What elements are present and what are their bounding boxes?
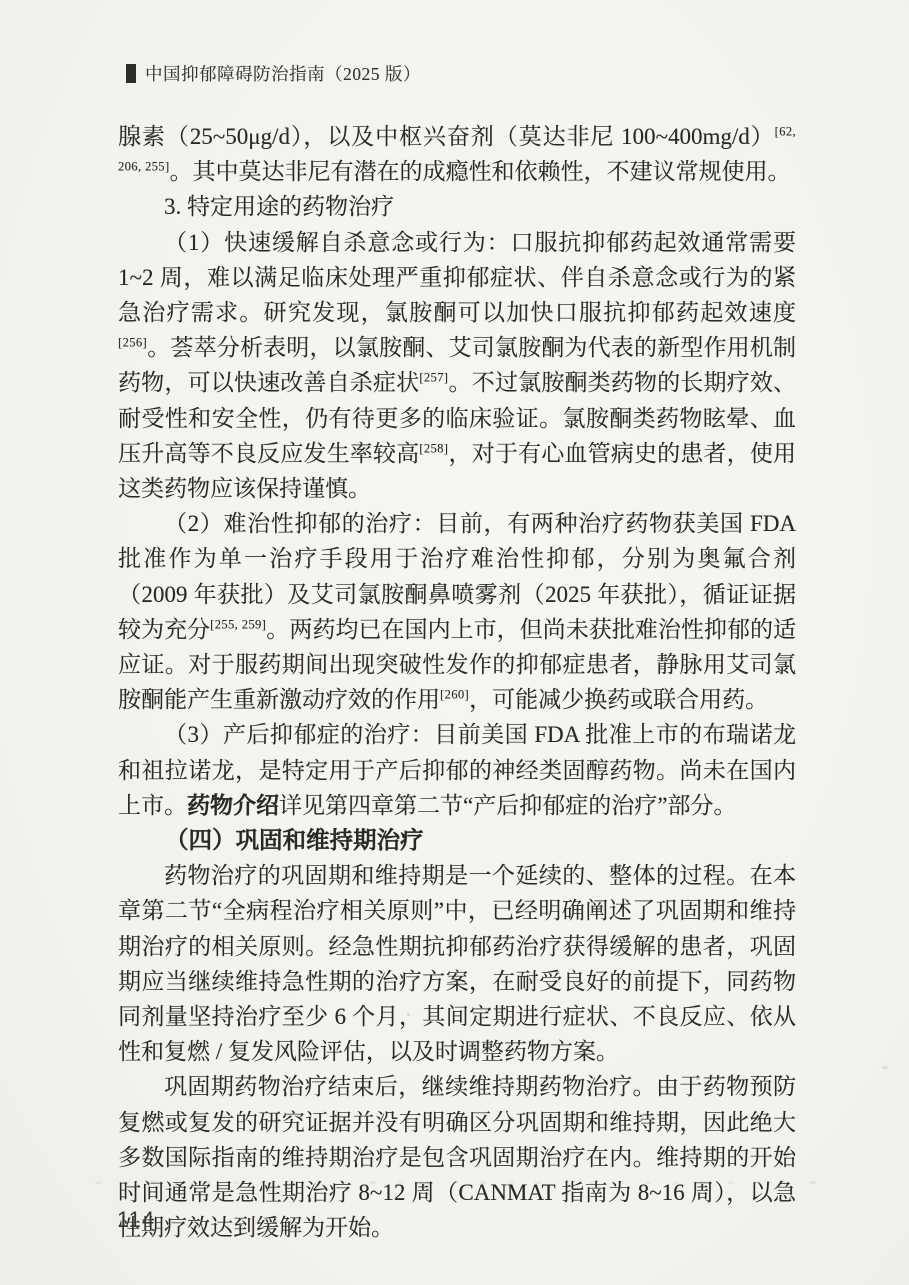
text-run: 详见第四章第二节“产后抑郁症的治疗”部分。 (279, 793, 736, 818)
scan-noise-strip (95, 1181, 825, 1184)
paragraph: 药物治疗的巩固期和维持期是一个延续的、整体的过程。在本章第二节“全病程治疗相关原… (118, 858, 796, 1069)
page-number: 114 (117, 1207, 155, 1233)
scan-speck (752, 1010, 757, 1014)
scan-speck (696, 1076, 700, 1080)
paragraph: （1）快速缓解自杀意念或行为：口服抗抑郁药起效通常需要 1~2 周，难以满足临床… (118, 225, 796, 507)
bold-text-run: 药物介绍 (187, 792, 279, 818)
text-run: （四）巩固和维持期治疗 (165, 827, 424, 853)
reference-superscript: [257] (419, 371, 448, 385)
paragraph: （2）难治性抑郁的治疗：目前，有两种治疗药物获美国 FDA 批准作为单一治疗手段… (118, 506, 796, 717)
text-run: ，可能减少换药或联合用药。 (469, 687, 768, 712)
text-run: 腺素（25~50μg/d），以及中枢兴奋剂（莫达非尼 100~400mg/d） (118, 124, 775, 149)
scan-speck (882, 1066, 888, 1069)
reference-superscript: [260] (440, 688, 469, 702)
text-run: 3. 特定用途的药物治疗 (164, 194, 394, 219)
section-heading: （四）巩固和维持期治疗 (118, 823, 796, 858)
text-run: （1）快速缓解自杀意念或行为：口服抗抑郁药起效通常需要 1~2 周，难以满足临床… (118, 230, 796, 325)
reference-superscript: [255, 259] (210, 617, 266, 631)
page-body: 腺素（25~50μg/d），以及中枢兴奋剂（莫达非尼 100~400mg/d）[… (118, 119, 796, 1246)
paragraph: 腺素（25~50μg/d），以及中枢兴奋剂（莫达非尼 100~400mg/d）[… (118, 119, 796, 189)
scanned-page: 中国抑郁障碍防治指南（2025 版） 腺素（25~50μg/d），以及中枢兴奋剂… (0, 0, 909, 1285)
paragraph: 3. 特定用途的药物治疗 (118, 189, 796, 224)
text-run: 药物治疗的巩固期和维持期是一个延续的、整体的过程。在本章第二节“全病程治疗相关原… (118, 863, 796, 1064)
header-bar-icon (126, 64, 136, 83)
scan-speck (407, 1013, 410, 1016)
text-run: 。其中莫达非尼有潜在的成瘾性和依赖性，不建议常规使用。 (170, 159, 791, 184)
reference-superscript: [258] (419, 441, 448, 455)
reference-superscript: [256] (118, 336, 147, 350)
paragraph: 巩固期药物治疗结束后，继续维持期药物治疗。由于药物预防复燃或复发的研究证据并没有… (118, 1069, 796, 1245)
running-header: 中国抑郁障碍防治指南（2025 版） (126, 61, 421, 86)
paragraph: （3）产后抑郁症的治疗：目前美国 FDA 批准上市的布瑞诺龙和祖拉诺龙，是特定用… (118, 717, 796, 823)
text-run: 巩固期药物治疗结束后，继续维持期药物治疗。由于药物预防复燃或复发的研究证据并没有… (118, 1074, 796, 1240)
book-title: 中国抑郁障碍防治指南（2025 版） (145, 61, 421, 86)
